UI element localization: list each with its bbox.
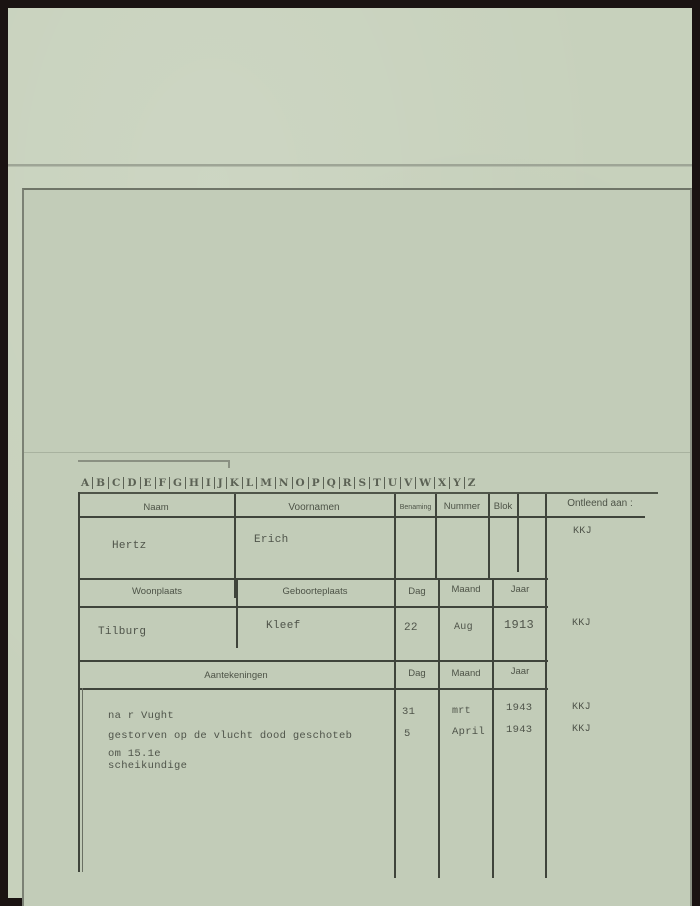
- geboorteplaats-value: Kleef: [266, 620, 301, 632]
- note-1-maand: mrt: [452, 706, 471, 717]
- alphabet-index-row: ABCDEFGHIJKLMNOPQRSTUVWXYZ: [78, 474, 658, 494]
- alphabet-tab-x: X: [435, 477, 450, 489]
- index-card: ABCDEFGHIJKLMNOPQRSTUVWXYZ Naam Voorname…: [22, 188, 692, 906]
- geboorteplaats-header: Geboorteplaats: [236, 586, 394, 597]
- alphabet-tab-j: J: [215, 477, 227, 489]
- alphabet-tab-o: O: [293, 477, 309, 489]
- alphabet-tab-a: A: [78, 477, 93, 489]
- alphabet-tab-v: V: [401, 477, 416, 489]
- scanned-page: ABCDEFGHIJKLMNOPQRSTUVWXYZ Naam Voorname…: [8, 8, 692, 898]
- woonplaats-header: Woonplaats: [78, 586, 236, 597]
- alphabet-tab-l: L: [243, 477, 257, 489]
- maand-header: Maand: [440, 584, 492, 595]
- voornamen-header: Voornamen: [234, 502, 394, 513]
- voornamen-value: Erich: [254, 534, 289, 546]
- note-line-4: scheikundige: [108, 760, 187, 772]
- alphabet-tab-b: B: [93, 477, 109, 489]
- blok-header: Blok: [489, 501, 517, 512]
- card-tab-edge: [78, 460, 230, 468]
- alphabet-tab-z: Z: [465, 477, 479, 489]
- note-line-2: gestorven op de vlucht dood geschoteb: [108, 730, 352, 742]
- ontleend-aan-header: Ontleend aan :: [550, 498, 650, 509]
- note-2-jaar: 1943: [506, 724, 532, 736]
- alphabet-tab-m: M: [257, 477, 276, 489]
- alphabet-tab-h: H: [186, 477, 203, 489]
- alphabet-tab-q: Q: [324, 477, 340, 489]
- note-line-1: na r Vught: [108, 710, 174, 722]
- alphabet-tab-g: G: [170, 477, 186, 489]
- note-1-source: KKJ: [572, 702, 591, 713]
- dag-header: Dag: [396, 586, 438, 597]
- alphabet-tab-k: K: [227, 477, 243, 489]
- naam-value: Hertz: [112, 540, 147, 552]
- woonplaats-value: Tilburg: [98, 626, 146, 638]
- alphabet-tab-s: S: [355, 477, 370, 489]
- note-2-dag: 5: [404, 728, 411, 740]
- alphabet-tab-w: W: [416, 477, 435, 489]
- aantekeningen-header: Aantekeningen: [78, 670, 394, 681]
- nummer-header: Nummer: [436, 501, 488, 512]
- note-2-source: KKJ: [572, 724, 591, 735]
- benaming-header: Benaming: [395, 504, 436, 511]
- horizontal-rule: [8, 164, 692, 167]
- alphabet-tab-i: I: [203, 477, 215, 489]
- alphabet-tab-u: U: [385, 477, 401, 489]
- note-1-jaar: 1943: [506, 702, 532, 714]
- alphabet-tab-y: Y: [450, 477, 465, 489]
- dag-header-2: Dag: [396, 668, 438, 679]
- card-fold-line: [24, 452, 690, 453]
- alphabet-tab-p: P: [309, 477, 324, 489]
- birth-month-value: Aug: [454, 622, 473, 633]
- alphabet-tab-r: R: [340, 477, 356, 489]
- alphabet-tab-d: D: [124, 477, 140, 489]
- alphabet-tab-c: C: [109, 477, 124, 489]
- birth-year-value: 1913: [504, 618, 534, 632]
- alphabet-tab-t: T: [370, 477, 385, 489]
- note-2-maand: April: [452, 726, 485, 738]
- note-line-3: om 15.1e: [108, 748, 161, 760]
- alphabet-tab-n: N: [276, 477, 293, 489]
- birth-day-value: 22: [404, 622, 418, 634]
- source-value-1: KKJ: [573, 526, 592, 537]
- alphabet-tab-e: E: [141, 477, 156, 489]
- jaar-header: Jaar: [494, 584, 546, 595]
- maand-header-2: Maand: [440, 668, 492, 679]
- source-value-2: KKJ: [572, 618, 591, 629]
- jaar-header-2: Jaar: [494, 666, 546, 677]
- note-1-dag: 31: [402, 706, 415, 718]
- alphabet-tab-f: F: [156, 477, 170, 489]
- naam-header: Naam: [78, 502, 234, 513]
